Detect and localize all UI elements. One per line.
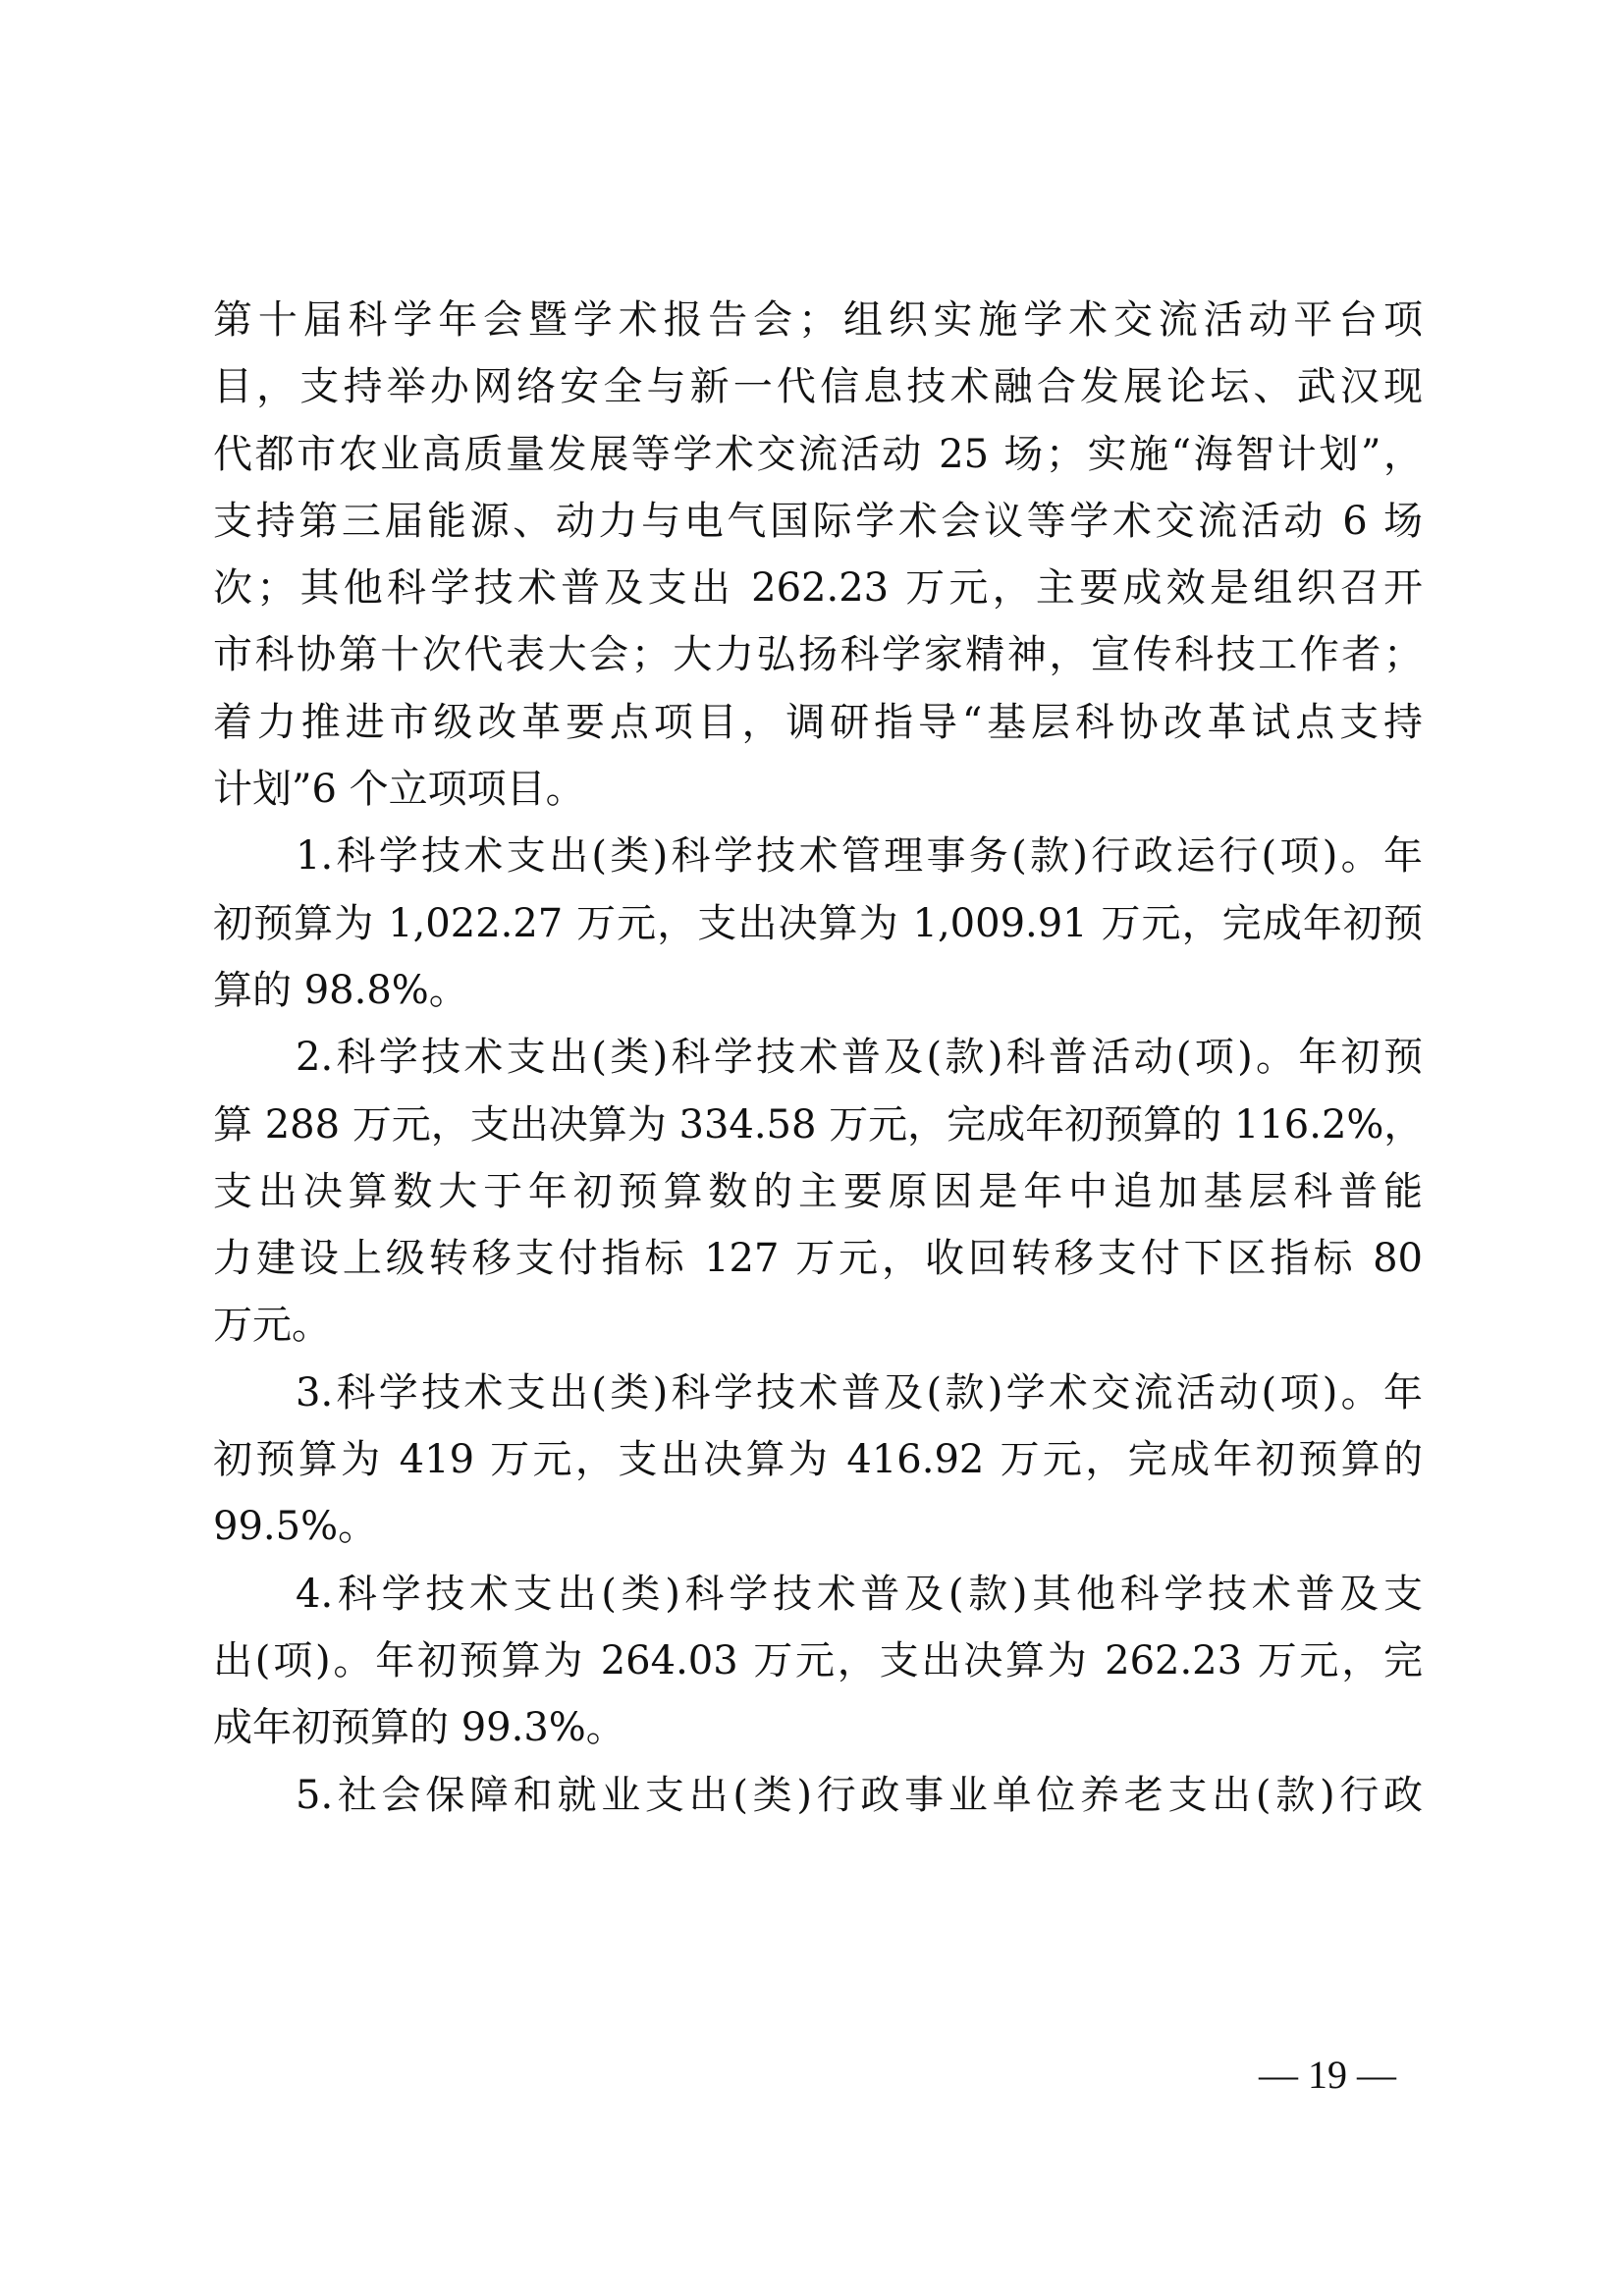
paragraph-item-3: 3.科学技术支出(类)科学技术普及(款)学术交流活动(项)。年 初预算为 419… — [213, 1360, 1423, 1561]
text-line: 5.社会保障和就业支出(类)行政事业单位养老支出(款)行政 — [213, 1762, 1423, 1829]
text-line: 市科协第十次代表大会；大力弘扬科学家精神，宣传科技工作者； — [213, 621, 1423, 688]
text-line: 万元。 — [213, 1292, 1423, 1359]
text-line: 算 288 万元，支出决算为 334.58 万元，完成年初预算的 116.2%， — [213, 1092, 1423, 1158]
text-line: 代都市农业高质量发展等学术交流活动 25 场；实施“海智计划”， — [213, 421, 1423, 488]
text-line: 成年初预算的 99.3%。 — [213, 1694, 1423, 1761]
text-line: 3.科学技术支出(类)科学技术普及(款)学术交流活动(项)。年 — [213, 1360, 1423, 1426]
document-body: 第十届科学年会暨学术报告会；组织实施学术交流活动平台项 目，支持举办网络安全与新… — [213, 287, 1423, 1829]
paragraph-intro-continued: 第十届科学年会暨学术报告会；组织实施学术交流活动平台项 目，支持举办网络安全与新… — [213, 287, 1423, 823]
text-line: 算的 98.8%。 — [213, 957, 1423, 1024]
paragraph-item-1: 1.科学技术支出(类)科学技术管理事务(款)行政运行(项)。年 初预算为 1,0… — [213, 823, 1423, 1024]
text-line: 99.5%。 — [213, 1493, 1423, 1560]
paragraph-item-5: 5.社会保障和就业支出(类)行政事业单位养老支出(款)行政 — [213, 1762, 1423, 1829]
text-line: 1.科学技术支出(类)科学技术管理事务(款)行政运行(项)。年 — [213, 823, 1423, 889]
text-line: 2.科学技术支出(类)科学技术普及(款)科普活动(项)。年初预 — [213, 1024, 1423, 1091]
text-line: 着力推进市级改革要点项目，调研指导“基层科协改革试点支持 — [213, 689, 1423, 756]
text-line: 支持第三届能源、动力与电气国际学术会议等学术交流活动 6 场 — [213, 488, 1423, 555]
text-line: 目，支持举办网络安全与新一代信息技术融合发展论坛、武汉现 — [213, 353, 1423, 420]
text-line: 出(项)。年初预算为 264.03 万元，支出决算为 262.23 万元，完 — [213, 1628, 1423, 1694]
paragraph-item-4: 4.科学技术支出(类)科学技术普及(款)其他科学技术普及支 出(项)。年初预算为… — [213, 1561, 1423, 1762]
page-number: — 19 — — [1239, 2052, 1416, 2098]
text-line: 初预算为 419 万元，支出决算为 416.92 万元，完成年初预算的 — [213, 1426, 1423, 1493]
text-line: 力建设上级转移支付指标 127 万元，收回转移支付下区指标 80 — [213, 1225, 1423, 1292]
text-line: 第十届科学年会暨学术报告会；组织实施学术交流活动平台项 — [213, 287, 1423, 353]
text-line: 支出决算数大于年初预算数的主要原因是年中追加基层科普能 — [213, 1158, 1423, 1225]
document-page: 第十届科学年会暨学术报告会；组织实施学术交流活动平台项 目，支持举办网络安全与新… — [0, 0, 1624, 2296]
text-line: 次；其他科学技术普及支出 262.23 万元，主要成效是组织召开 — [213, 555, 1423, 621]
text-line: 初预算为 1,022.27 万元，支出决算为 1,009.91 万元，完成年初预 — [213, 890, 1423, 957]
paragraph-item-2: 2.科学技术支出(类)科学技术普及(款)科普活动(项)。年初预 算 288 万元… — [213, 1024, 1423, 1359]
text-line: 计划”6 个立项项目。 — [213, 756, 1423, 823]
text-line: 4.科学技术支出(类)科学技术普及(款)其他科学技术普及支 — [213, 1561, 1423, 1628]
